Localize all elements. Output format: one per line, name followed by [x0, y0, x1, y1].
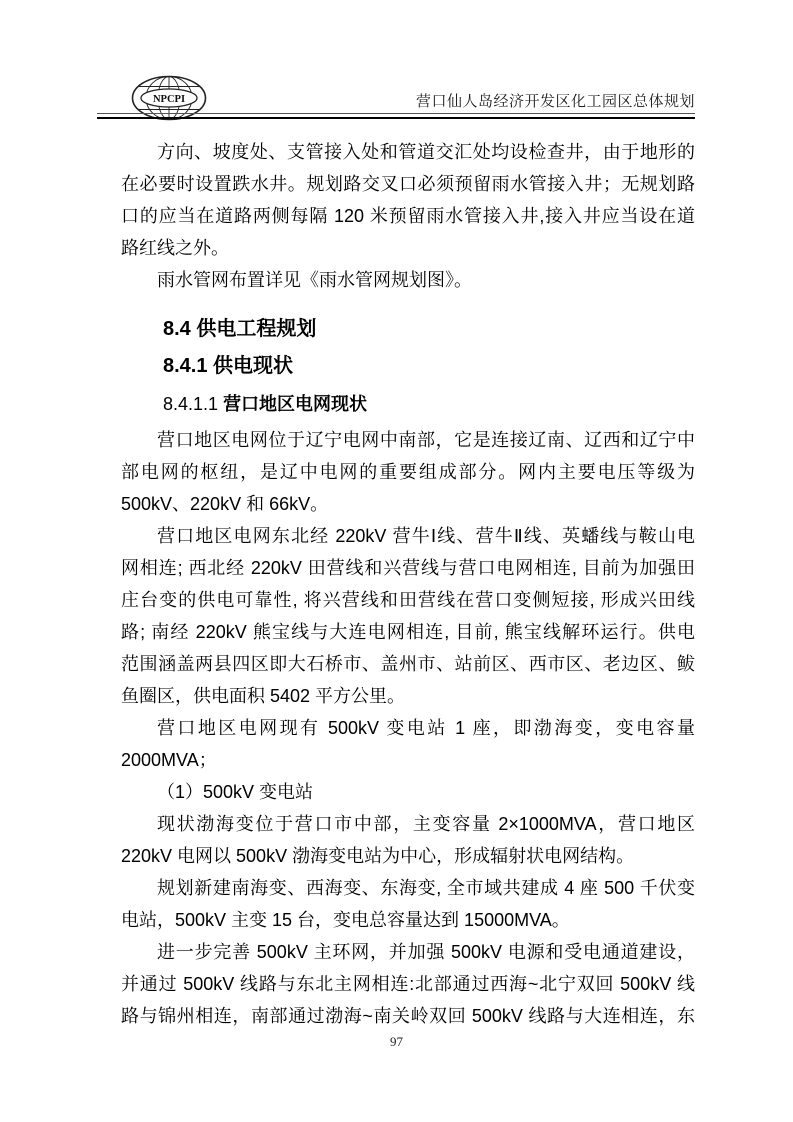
text-line: 并通过 500kV 线路与东北主网相连:北部通过西海~北宁双回 500kV 线	[121, 968, 695, 1000]
para-bohai-station: 现状渤海变位于营口市中部，主变容量 2×1000MVA，营口地区220kV 电网…	[121, 808, 695, 872]
text-line: 路; 南经 220kV 熊宝线与大连电网相连, 目前, 熊宝线解环运行。供电	[121, 616, 695, 648]
text-line: 范围涵盖两县四区即大石桥市、盖州市、站前区、西市区、老边区、鲅	[121, 648, 695, 680]
header-rule	[97, 113, 695, 119]
text-line: 500kV、220kV 和 66kV。	[121, 488, 695, 520]
text-line: 路与锦州相连，南部通过渤海~南关岭双回 500kV 线路与大连相连，东	[121, 1000, 695, 1032]
text-line: 口的应当在道路两侧每隔 120 米预留雨水管接入井,接入井应当设在道	[121, 200, 695, 232]
para-list-item-500kv: （1）500kV 变电站	[121, 776, 695, 808]
logo-text: NPCPI	[153, 94, 185, 105]
text-line: 营口地区电网位于辽宁电网中南部，它是连接辽南、辽西和辽宁中	[121, 424, 695, 456]
text-line: 营口地区电网现有 500kV 变电站 1 座，即渤海变，变电容量	[121, 712, 695, 744]
para-new-stations: 规划新建南海变、西海变、东海变, 全市域共建成 4 座 500 千伏变电站，50…	[121, 872, 695, 936]
document-page: NPCPI 营口仙人岛经济开发区化工园区总体规划 方向、坡度处、支管接入处和管道…	[0, 0, 793, 1122]
text-line: 现状渤海变位于营口市中部，主变容量 2×1000MVA，营口地区	[121, 808, 695, 840]
heading-8-4-1: 8.4.1 供电现状	[163, 349, 695, 384]
text-line: 220kV 电网以 500kV 渤海变电站为中心，形成辐射状电网结构。	[121, 840, 695, 872]
text-line: 网相连; 西北经 220kV 田营线和兴营线与营口电网相连, 目前为加强田	[121, 552, 695, 584]
text-line: 营口地区电网东北经 220kV 营牛Ⅰ线、营牛Ⅱ线、英蟠线与鞍山电	[121, 520, 695, 552]
text-line: 2000MVA；	[121, 744, 695, 776]
text-line: 规划新建南海变、西海变、东海变, 全市域共建成 4 座 500 千伏变	[121, 872, 695, 904]
para-grid-connections: 营口地区电网东北经 220kV 营牛Ⅰ线、营牛Ⅱ线、英蟠线与鞍山电网相连; 西北…	[121, 520, 695, 712]
heading-8-4-1-1: 8.4.1.1 营口地区电网现状	[163, 389, 695, 419]
document-header-title: 营口仙人岛经济开发区化工园区总体规划	[416, 90, 695, 111]
heading-8-4-1-1-title: 营口地区电网现状	[223, 394, 367, 414]
text-line: 部电网的枢纽，是辽中电网的重要组成部分。网内主要电压等级为	[121, 456, 695, 488]
text-line: 方向、坡度处、支管接入处和管道交汇处均设检查井，由于地形的原因	[121, 136, 695, 168]
document-body: 方向、坡度处、支管接入处和管道交汇处均设检查井，由于地形的原因在必要时设置跌水井…	[121, 136, 695, 1032]
para-500kv-count: 营口地区电网现有 500kV 变电站 1 座，即渤海变，变电容量2000MVA；	[121, 712, 695, 776]
text-line: 在必要时设置跌水井。规划路交叉口必须预留雨水管接入井；无规划路	[121, 168, 695, 200]
text-line: 鱼圈区，供电面积 5402 平方公里。	[121, 680, 695, 712]
text-line: 电站，500kV 主变 15 台，变电总容量达到 15000MVA。	[121, 904, 695, 936]
text-line: 路红线之外。	[121, 232, 695, 264]
text-line: 雨水管网布置详见《雨水管网规划图》。	[121, 264, 695, 296]
para-main-ring: 进一步完善 500kV 主环网，并加强 500kV 电源和受电通道建设，并通过 …	[121, 936, 695, 1032]
page-number: 97	[0, 1034, 793, 1050]
para-rainwater-ref: 雨水管网布置详见《雨水管网规划图》。	[121, 264, 695, 296]
text-line: 进一步完善 500kV 主环网，并加强 500kV 电源和受电通道建设，	[121, 936, 695, 968]
heading-8-4-1-1-number: 8.4.1.1	[163, 394, 218, 414]
text-line: 庄台变的供电可靠性, 将兴营线和田营线在营口变侧短接, 形成兴田线	[121, 584, 695, 616]
heading-8-4: 8.4 供电工程规划	[163, 312, 695, 347]
para-rainwater-wells: 方向、坡度处、支管接入处和管道交汇处均设检查井，由于地形的原因在必要时设置跌水井…	[121, 136, 695, 264]
text-line: （1）500kV 变电站	[121, 776, 695, 808]
para-grid-overview: 营口地区电网位于辽宁电网中南部，它是连接辽南、辽西和辽宁中部电网的枢纽，是辽中电…	[121, 424, 695, 520]
